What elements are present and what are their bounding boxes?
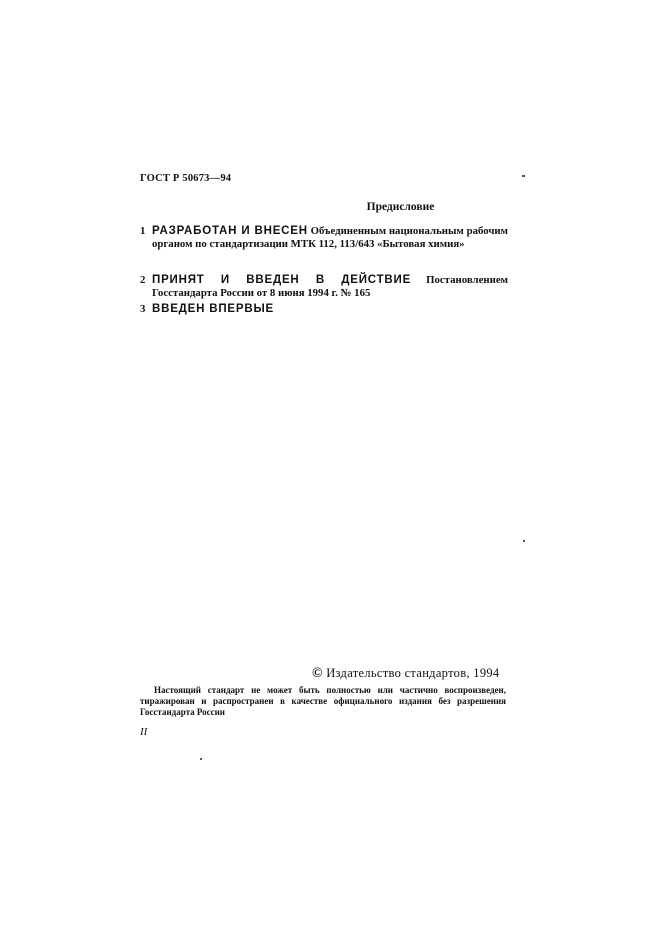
scan-speck [522,175,525,177]
notice-text: Настоящий стандарт не может быть полност… [140,685,506,717]
preface-item-1: 1 РАЗРАБОТАН И ВНЕСЕН Объединенным нацио… [140,225,508,250]
scan-speck [523,540,525,542]
document-header: ГОСТ Р 50673—94 [140,173,231,184]
item-lead: ВВЕДЕН ВПЕРВЫЕ [152,303,274,315]
reproduction-notice: Настоящий стандарт не может быть полност… [140,685,506,717]
preface-item-2: 2 ПРИНЯТ И ВВЕДЕН В ДЕЙСТВИЕ Постановлен… [140,274,508,299]
copyright-icon: © [312,666,323,681]
copyright-line: © Издательство стандартов, 1994 [312,666,499,682]
item-number: 3 [140,303,145,316]
section-title: Предисловие [0,201,661,213]
section-title-text: Предисловие [216,201,586,213]
item-number: 2 [140,274,145,287]
item-number: 1 [140,225,145,238]
item-lead: РАЗРАБОТАН И ВНЕСЕН [152,225,308,237]
scan-speck [200,758,202,760]
item-body: РАЗРАБОТАН И ВНЕСЕН Объединенным национа… [152,225,508,250]
item-lead: ПРИНЯТ И ВВЕДЕН В ДЕЙСТВИЕ [152,274,411,286]
page-number: II [140,726,147,738]
preface-item-3: 3 ВВЕДЕН ВПЕРВЫЕ [140,303,508,316]
copyright-text: Издательство стандартов, 1994 [326,666,499,680]
item-body: ВВЕДЕН ВПЕРВЫЕ [152,303,508,316]
item-body: ПРИНЯТ И ВВЕДЕН В ДЕЙСТВИЕ Постановление… [152,274,508,299]
